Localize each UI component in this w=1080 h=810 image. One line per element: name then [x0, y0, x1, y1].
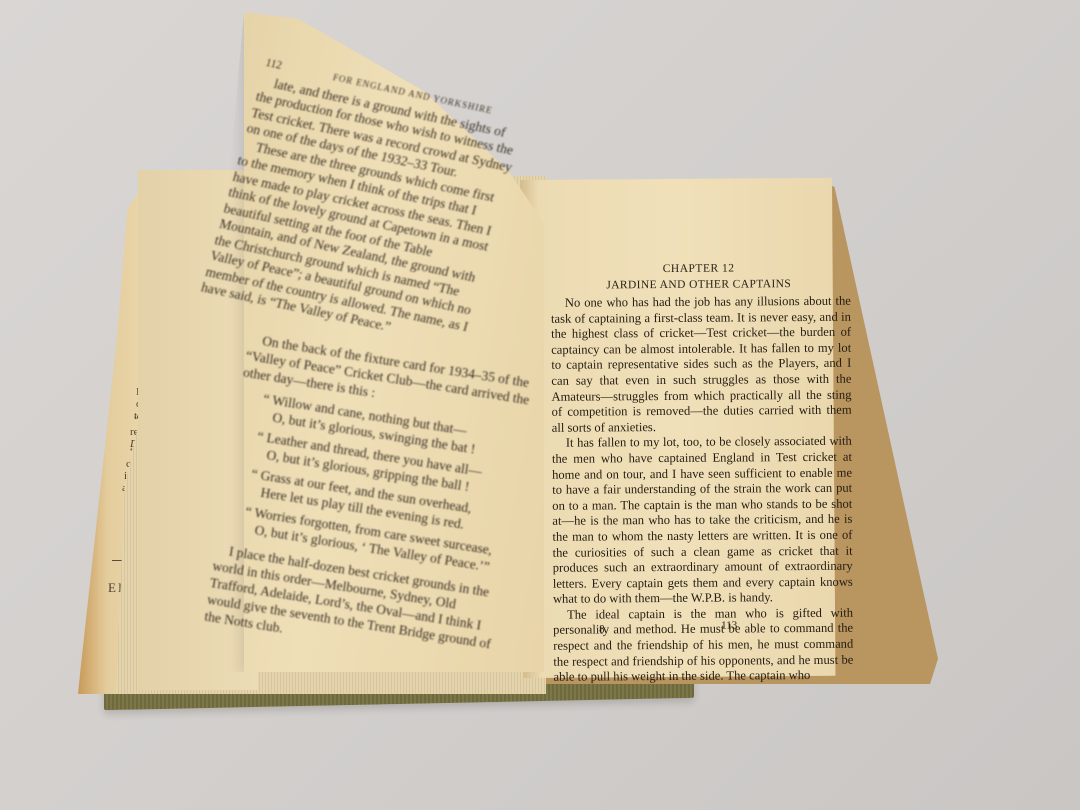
right-page: CHAPTER 12 JARDINE AND OTHER CAPTAINS No…: [520, 178, 835, 678]
paragraph: It has fallen to my lot, too, to be clos…: [552, 434, 853, 608]
chapter-label: CHAPTER 12: [549, 262, 849, 276]
right-page-body: No one who has had the job has any illus…: [551, 294, 854, 686]
paragraph: No one who has had the job has any illus…: [551, 294, 852, 436]
left-page-lower-text: On the back of the fixture card for 1934…: [203, 330, 536, 670]
left-page-number: 112: [264, 57, 283, 72]
signature-mark: 8: [599, 623, 605, 635]
page-number: 113: [721, 619, 737, 631]
photo-scene: FC “T writ sat c pen as h “T to al “M wh…: [0, 0, 1080, 810]
paragraph: The ideal captain is the man who is gift…: [553, 606, 854, 686]
chapter-title: JARDINE AND OTHER CAPTAINS: [549, 278, 849, 292]
